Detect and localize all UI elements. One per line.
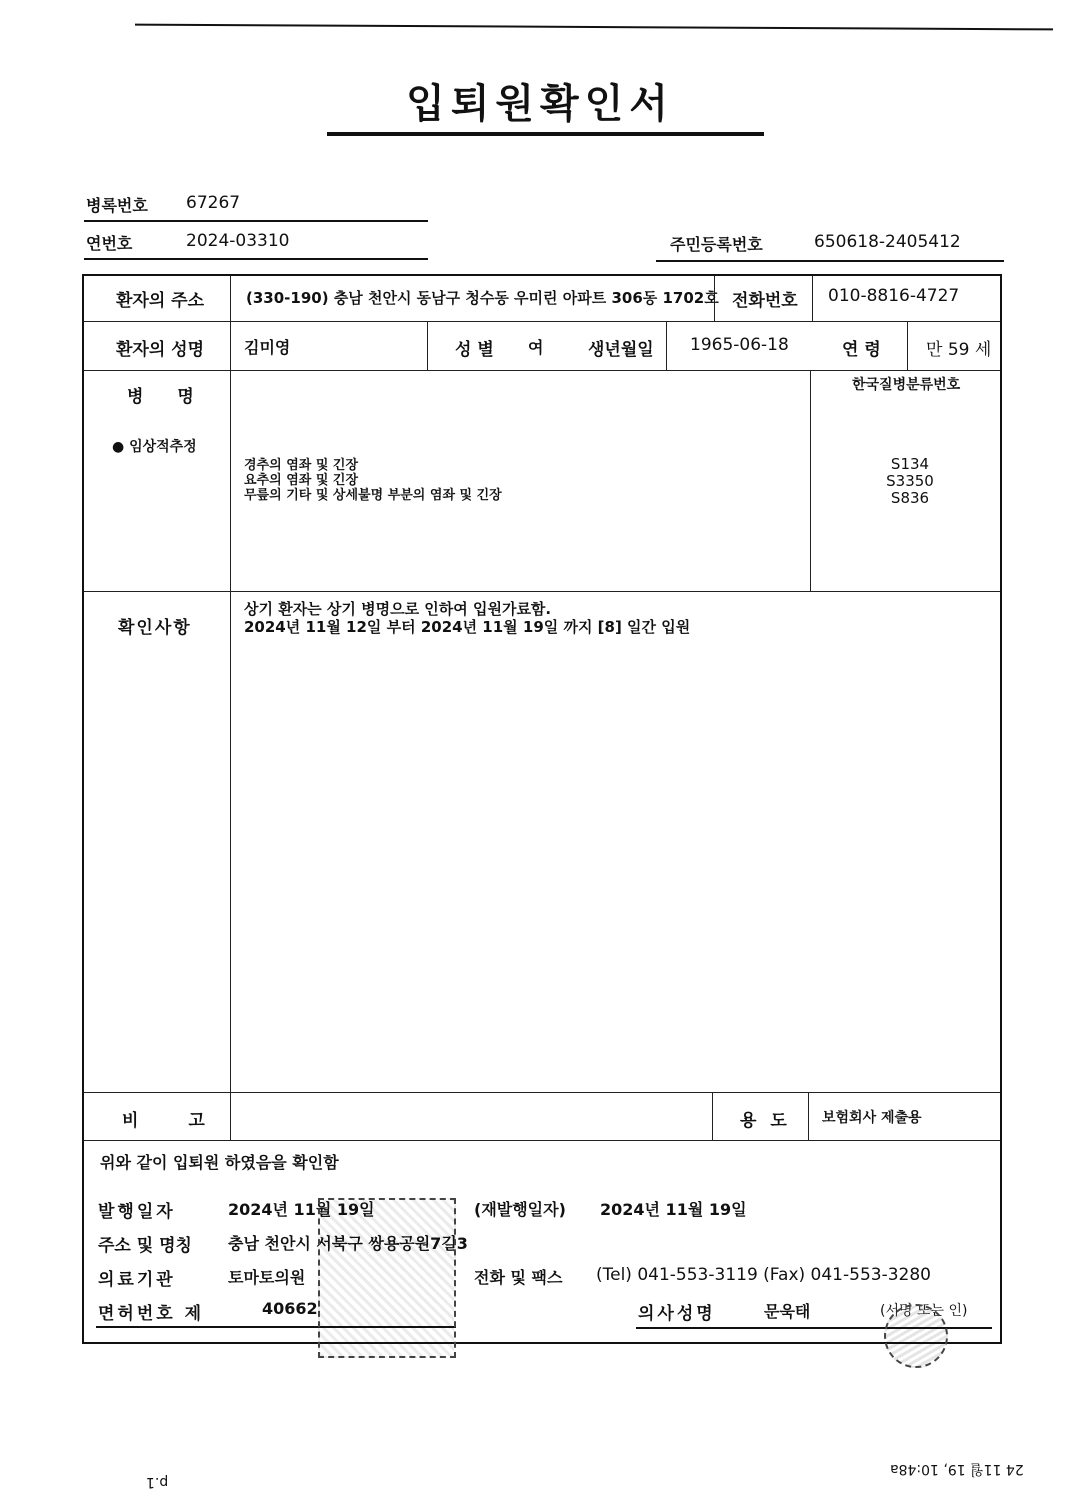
statement: 위와 같이 입퇴원 하였음을 확인함 (100, 1150, 339, 1173)
phone-value: 010-8816-4727 (828, 286, 959, 306)
address-name-label: 주소 및 명칭 (98, 1231, 192, 1256)
license-number: 40662 (262, 1299, 318, 1318)
row-divider (84, 1092, 1000, 1093)
diagnosis-codes: S134 S3350 S836 (860, 456, 960, 507)
diagnosis-item: 경추의 염좌 및 긴장 (244, 458, 502, 473)
dob-label: 생년월일 (588, 335, 654, 360)
issue-date-label: 발행일자 (98, 1197, 176, 1222)
sex-label: 성 별 (455, 335, 494, 360)
institution-name: 토마토의원 (228, 1265, 305, 1288)
resident-no-label: 주민등록번호 (670, 232, 763, 255)
address-label: 환자의 주소 (116, 286, 204, 311)
row-divider (84, 370, 1000, 371)
serial-label: 연번호 (86, 231, 132, 254)
purpose-label: 용 도 (740, 1106, 791, 1131)
confirmation-text: 상기 환자는 상기 병명으로 인하여 입원가료함. 2024년 11월 12일 … (244, 600, 690, 636)
document-title: 입퇴원확인서 (0, 72, 1080, 129)
col-divider (427, 322, 428, 370)
chart-no-value: 67267 (186, 193, 240, 213)
divider (656, 260, 1004, 262)
dob-value: 1965-06-18 (690, 335, 789, 355)
col-divider (810, 371, 811, 591)
resident-no-value: 650618-2405412 (814, 232, 961, 252)
diagnosis-item: 요추의 염좌 및 긴장 (244, 473, 502, 488)
phone-label: 전화번호 (732, 286, 798, 311)
clinical-estimate-label: ● 임상적추정 (112, 436, 197, 456)
doctor-name: 문욱태 (764, 1299, 810, 1322)
diagnosis-label: 병 명 (127, 382, 208, 407)
confirmation-label: 확인사항 (118, 613, 192, 638)
chart-no-label: 병록번호 (86, 193, 148, 216)
diagnosis-item: 무릎의 기타 및 상세불명 부분의 염좌 및 긴장 (244, 488, 502, 503)
name-label: 환자의 성명 (116, 335, 204, 360)
institution-label: 의료기관 (98, 1265, 176, 1290)
contact-label: 전화 및 팩스 (474, 1265, 562, 1288)
fax-timestamp: 24 11월 19, 10:48a (890, 1460, 1024, 1480)
reissue-date-label: (재발행일자) (474, 1197, 566, 1220)
reissue-date-value: 2024년 11월 19일 (600, 1197, 747, 1220)
name-value: 김미영 (244, 335, 290, 358)
title-underline (327, 132, 764, 136)
license-label: 면허번호 제 (98, 1299, 204, 1324)
form-table (82, 274, 1002, 1344)
col-divider (712, 1093, 713, 1140)
col-divider (666, 322, 667, 370)
fax-top-line (135, 24, 1053, 31)
serial-value: 2024-03310 (186, 231, 289, 251)
diagnosis-code: S836 (860, 490, 960, 507)
sex-value: 여 (528, 335, 543, 358)
col-divider (907, 322, 908, 370)
row-divider (84, 1140, 1000, 1141)
age-value: 만 59 세 (926, 335, 991, 360)
row-divider (84, 321, 1000, 322)
row-divider (84, 591, 1000, 592)
diagnosis-code: S3350 (860, 473, 960, 490)
confirmation-line: 상기 환자는 상기 병명으로 인하여 입원가료함. (244, 600, 690, 618)
remarks-label: 비 고 (122, 1106, 227, 1131)
fax-page-number: p.1 (146, 1474, 168, 1490)
address-value: (330-190) 충남 천안시 동남구 청수동 우미린 아파트 306동 17… (246, 287, 719, 308)
kcd-code-header: 한국질병분류번호 (852, 374, 960, 394)
diagnosis-list: 경추의 염좌 및 긴장 요추의 염좌 및 긴장 무릎의 기타 및 상세불명 부분… (244, 458, 502, 503)
doctor-label: 의사성명 (638, 1299, 716, 1324)
doctor-seal-stamp (884, 1304, 948, 1368)
col-divider (808, 1093, 809, 1140)
col-divider (230, 276, 231, 1140)
clinic-seal-stamp (318, 1198, 456, 1358)
confirmation-line: 2024년 11월 12일 부터 2024년 11월 19일 까지 [8] 일간… (244, 618, 690, 636)
divider (84, 258, 428, 260)
purpose-value: 보험회사 제출용 (822, 1107, 922, 1127)
contact-value: (Tel) 041-553-3119 (Fax) 041-553-3280 (596, 1265, 931, 1285)
divider (84, 220, 428, 222)
age-label: 연 령 (842, 335, 881, 360)
diagnosis-code: S134 (860, 456, 960, 473)
col-divider (812, 276, 813, 321)
